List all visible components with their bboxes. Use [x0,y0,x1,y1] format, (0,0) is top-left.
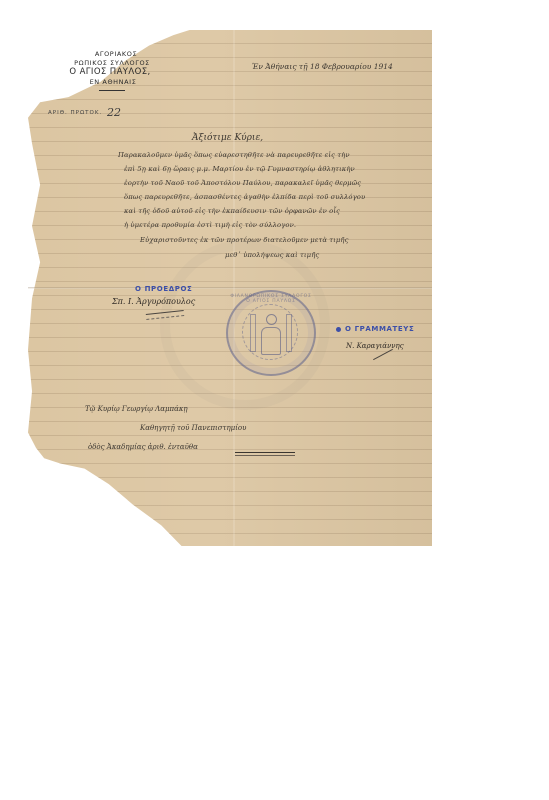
secretary-label-text: Ο ΓΡΑΜΜΑΤΕΥΣ [345,325,414,333]
body-line: ἐπὶ 5ῃ καὶ 6ῃ ὥραις μ.μ. Μαρτίου ἐν τῷ Γ… [124,165,355,173]
association-stamp: ΦΙΛΑΝΘΡΩΠΙΚΟΣ ΣΥΛΛΟΓΟΣ Ο ΑΓΙΟΣ ΠΑΥΛΟΣ [226,290,316,376]
address-line-3: ὁδὸς Ἀκαδημίας ἀριθ. ἐνταῦθα [88,443,198,451]
stamp-pillar-right [286,314,292,352]
stamp-pillar-left [250,314,256,352]
letterhead-line-3: Ο ΑΓΙΟΣ ΠΑΥΛΟΣ, [55,67,155,78]
bullet-dot-icon [336,327,341,332]
letterhead-rule [99,90,125,91]
body-line: ὅπως παρευρεθῆτε, ἀσπασθέντες ἀγαθὴν ἐλπ… [124,193,365,201]
address-line-2: Καθηγητῇ τοῦ Πανεπιστημίου [140,424,246,432]
address-underline [235,452,295,456]
body-line: ἡ ὑμετέρα προθυμία ἐστὶ τιμὴ εἰς τὸν σύλ… [124,221,296,229]
stamp-text: ΦΙΛΑΝΘΡΩΠΙΚΟΣ ΣΥΛΛΟΓΟΣ Ο ΑΓΙΟΣ ΠΑΥΛΟΣ [228,294,314,304]
protocol-label: ΑΡΙΘ. ΠΡΩΤΟΚ. [48,110,102,116]
secretary-signature: Ν. Καραγιάννης [346,342,404,350]
saint-icon [261,314,281,354]
letterhead-line-1: ΑΓΟΡΙΑΚΟΣ [55,50,155,59]
date-line: Ἐν Ἀθήναις τῇ 18 Φεβρουαρίου 1914 [252,62,393,71]
body-line: καὶ τῆς ὁδοῦ αὐτοῦ εἰς τὴν ἐκπαίδευσιν τ… [124,207,340,215]
president-label: Ο ΠΡΟΕΔΡΟΣ [135,285,192,293]
body-line: ἑορτὴν τοῦ Ναοῦ τοῦ Ἀποστόλου Παύλου, πα… [124,179,361,187]
address-line-1: Τῷ Κυρίῳ Γεωργίῳ Λαμπάκῃ [85,405,188,413]
salutation: Ἀξιότιμε Κύριε, [192,133,263,143]
letterhead-line-4: ΕΝ ΑΘΗΝΑΙΣ [55,78,155,87]
body-line: μεθ᾽ ὑπολήψεως καὶ τιμῆς [225,251,319,259]
president-signature: Σπ. Ι. Ἀργυρόπουλος [112,297,195,306]
protocol-number: 22 [107,106,121,119]
letterhead: ΑΓΟΡΙΑΚΟΣ ΡΩΠΙΚΟΣ ΣΥΛΛΟΓΟΣ Ο ΑΓΙΟΣ ΠΑΥΛΟ… [55,50,155,91]
letterhead-line-2: ΡΩΠΙΚΟΣ ΣΥΛΛΟΓΟΣ [55,59,155,68]
body-line: Παρακαλοῦμεν ὑμᾶς ὅπως εὐαρεστηθῆτε νὰ π… [118,151,350,159]
secretary-label: Ο ΓΡΑΜΜΑΤΕΥΣ [336,325,414,333]
body-line: Εὐχαριστοῦντες ἐκ τῶν προτέρων διατελοῦμ… [140,236,349,244]
